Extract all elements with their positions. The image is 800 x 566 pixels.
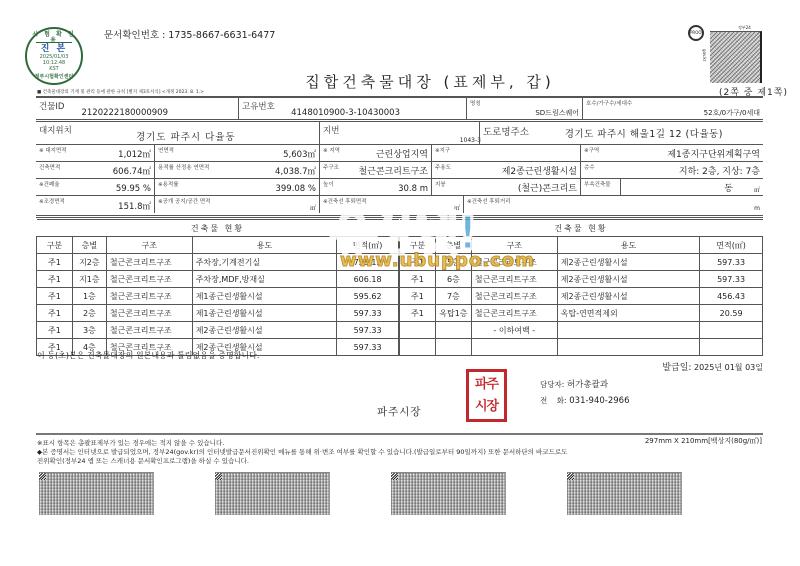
official-seal-icon: 파주시장 xyxy=(466,369,507,422)
category-cell: 주1 xyxy=(37,288,73,305)
manager-value: 허가총괄과 xyxy=(567,380,608,390)
location-row-inner: 대지위치 경기도 파주시 다율동 지번 1043-3 도로명주소 경기도 파주시… xyxy=(36,122,763,144)
total-floor-area-cell: 연면적 5,603㎡ xyxy=(154,145,319,161)
coverage-ratio-label: ※건폐율 xyxy=(39,180,60,188)
floors-cell: 층수 지하: 2층, 지상: 7층 xyxy=(580,162,763,178)
far-floor-area-value: 4,038.7㎡ xyxy=(275,165,316,177)
footnote-2: ◆본 증명서는 인터넷으로 발급되었으며, 정부24(gov.kr)의 인터넷발… xyxy=(37,447,567,456)
contact-info: 담당자: 허가총괄과 전 화: 031-940-2966 xyxy=(540,377,629,409)
unique-no-value: 4148010900-3-10430003 xyxy=(291,108,400,118)
floor-cell: 지1층 xyxy=(72,271,106,288)
column-header: 구분 xyxy=(37,237,73,254)
far-floor-area-label: 용적률 산정용 연면적 xyxy=(158,163,209,171)
column-header: 용도 xyxy=(192,237,336,254)
area-type-value: 제1종지구단위계획구역 xyxy=(667,147,760,160)
zone-label: ※ 지역 xyxy=(323,146,340,154)
issue-date-label: 발급일: xyxy=(662,363,691,373)
area-cell: 597.33 xyxy=(337,339,399,356)
road-address-label: 도로명주소 xyxy=(483,124,529,138)
floor-cell: 지2층 xyxy=(72,254,106,271)
area-cell: 20.59 xyxy=(700,305,763,322)
verification-barcode-1[interactable] xyxy=(39,472,154,515)
landscape-area-label: ※조경면적 xyxy=(39,197,65,205)
area-cell: 606.18 xyxy=(337,271,399,288)
issuer: 파주시장 xyxy=(377,404,422,419)
structure-cell xyxy=(471,339,557,356)
floor-cell: 6층 xyxy=(435,271,471,288)
verification-barcode-2[interactable] xyxy=(215,472,330,515)
floor-cell: 옥탑1층 xyxy=(435,305,471,322)
main-use-cell: 주용도 제2종근린생활시설 xyxy=(431,162,580,178)
floors-value: 지하: 2층, 지상: 7층 xyxy=(679,164,760,177)
lot-no-cell: 지번 1043-3 xyxy=(319,122,479,144)
category-cell: 주1 xyxy=(37,271,73,288)
site-location-value-cell: 경기도 파주시 다율동 xyxy=(106,122,306,144)
issue-date-value: 2025년 01월 03일 xyxy=(694,363,763,372)
table-row xyxy=(400,339,763,356)
building-area-cell: 건축면적 606.74㎡ xyxy=(36,162,154,178)
table-row: 주16층철근콘크리트구조제2종근린생활시설597.33 xyxy=(400,271,763,288)
site-location-label: 대지위치 xyxy=(39,124,72,136)
public-space-cell: ※공개 공지/공간 면적 ㎡ xyxy=(154,196,319,213)
far-floor-area-cell: 용적률 산정용 연면적 4,038.7㎡ xyxy=(154,162,319,178)
area-cell: 597.33 xyxy=(337,322,399,339)
main-structure-value: 철근콘크리트구조 xyxy=(358,164,428,177)
stamp-label: 진 본 xyxy=(36,44,72,54)
floors-label: 층수 xyxy=(584,163,595,171)
use-cell: 제2종근린생활시설 xyxy=(557,271,699,288)
site-area-value: 1,012㎡ xyxy=(118,148,151,160)
floor-cell xyxy=(435,322,471,339)
zone-cell: ※ 지역 근린상업지역 xyxy=(319,145,431,161)
structure-cell: 철근콘크리트구조 xyxy=(106,254,192,271)
floor-cell: 1층 xyxy=(72,288,106,305)
floor-cell: 3층 xyxy=(72,322,106,339)
footnote-1: ※표시 항목은 총괄표제부가 있는 경우에는 적지 않을 수 있습니다. xyxy=(37,438,224,447)
structure-cell: 철근콘크리트구조 xyxy=(106,322,192,339)
use-cell: 제1종근린생활시설 xyxy=(192,288,336,305)
building-id-value: 2120222180000909 xyxy=(81,108,168,118)
category-cell: 주1 xyxy=(400,271,436,288)
main-use-label: 주용도 xyxy=(435,163,451,171)
floor-area-ratio-cell: ※용적률 399.08 % xyxy=(154,179,319,195)
units-label: 호수/가구수/세대수 xyxy=(586,99,632,107)
coverage-ratio-cell: ※건폐율 59.95 % xyxy=(36,179,154,195)
structure-cell: - 이하여백 - xyxy=(471,322,557,339)
floor-area-ratio-value: 399.08 % xyxy=(275,184,316,194)
phone-label: 전 화: xyxy=(540,396,567,405)
floor-cell: 2층 xyxy=(72,305,106,322)
table-row: 주17층철근콘크리트구조제2종근린생활시설456.43 xyxy=(400,288,763,305)
lot-no-label: 지번 xyxy=(323,124,339,136)
table-row: 주1지1층철근콘크리트구조주차장,MDF,방재실606.18 xyxy=(37,271,399,288)
column-header: 층별 xyxy=(72,237,106,254)
total-floor-area-value: 5,603㎡ xyxy=(283,148,316,160)
area-cell: 456.43 xyxy=(700,288,763,305)
category-cell xyxy=(400,339,436,356)
annex-unit: ㎡ xyxy=(754,185,760,194)
floor-cell: 7층 xyxy=(435,288,471,305)
public-space-label: ※공개 공지/공간 면적 xyxy=(158,197,210,205)
area-cell xyxy=(700,322,763,339)
zone-value: 근린상업지역 xyxy=(376,147,428,160)
use-cell: 주차장,기계전기실 xyxy=(192,254,336,271)
building-area-value: 606.74㎡ xyxy=(113,165,151,177)
name-cell: 명칭 SD드림스퀘어 xyxy=(466,98,582,119)
table-row: 주11층철근콘크리트구조제1종근린생활시설595.62 xyxy=(37,288,399,305)
area-type-label: ※구역 xyxy=(584,146,599,154)
name-value: SD드림스퀘어 xyxy=(535,108,579,118)
floor-cell xyxy=(435,339,471,356)
issue-date: 발급일: 2025년 01월 03일 xyxy=(662,360,763,373)
column-header: 용도 xyxy=(557,237,699,254)
category-cell: 주1 xyxy=(37,322,73,339)
column-header: 면적(㎡) xyxy=(700,237,763,254)
public-space-unit: ㎡ xyxy=(310,203,316,212)
category-cell: 주1 xyxy=(37,254,73,271)
building-id-label: 건물ID xyxy=(39,100,64,112)
coverage-ratio-value: 59.95 % xyxy=(116,184,151,194)
lot-no-value: 1043-3 xyxy=(460,137,481,144)
units-value: 52호/0가구/0세대 xyxy=(704,108,760,118)
phone-value: 031-940-2966 xyxy=(569,396,629,406)
unique-no-cell: 고유번호 4148010900-3-10430003 xyxy=(238,98,466,119)
category-cell: 주1 xyxy=(400,288,436,305)
floor-area-ratio-label: ※용적률 xyxy=(158,180,179,188)
roof-label: 지붕 xyxy=(435,180,446,188)
area-cell: 597.33 xyxy=(700,271,763,288)
proof-badge-icon: PROOF xyxy=(688,25,704,41)
table-row: - 이하여백 - xyxy=(400,322,763,339)
units-cell: 호수/가구수/세대수 52호/0가구/0세대 xyxy=(582,98,763,119)
roof-value: (철근)콘크리트 xyxy=(518,181,577,194)
area-cell: 595.62 xyxy=(337,288,399,305)
use-cell: 제1종근린생활시설 xyxy=(192,305,336,322)
area-cell xyxy=(700,339,763,356)
landscape-area-value: 151.8㎡ xyxy=(118,200,151,212)
use-cell: 제2종근린생활시설 xyxy=(557,288,699,305)
regulation-note: ■ 건축물대장의 기재 및 관리 등에 관한 규칙 [별지 제3호서식] <개정… xyxy=(37,89,204,95)
setback-distance-cell: ※건축선 후퇴거리 m xyxy=(463,196,763,213)
use-cell: 옥탑-연면적제외 xyxy=(557,305,699,322)
annex-value: 동 xyxy=(724,181,733,194)
structure-cell: 철근콘크리트구조 xyxy=(106,288,192,305)
footnote-3: 진위확인(정부24 앱 또는 스캐너용 문서확인프로그램)을 하실 수 있습니다… xyxy=(37,456,249,465)
category-cell: 주1 xyxy=(400,305,436,322)
annex-label-cell: 부속건축물 xyxy=(580,179,620,195)
field-row-2: 건축면적 606.74㎡ 용적률 산정용 연면적 4,038.7㎡ 주구조 철근… xyxy=(36,162,763,179)
unique-no-label: 고유번호 xyxy=(242,100,275,112)
table-row: 주1옥탑1층철근콘크리트구조옥탑-연면적제외20.59 xyxy=(400,305,763,322)
use-cell xyxy=(557,322,699,339)
landscape-area-cell: ※조경면적 151.8㎡ xyxy=(36,196,154,213)
qr-side-label: gov.kr xyxy=(702,49,707,61)
divider xyxy=(36,433,763,435)
column-header: 구조 xyxy=(106,237,192,254)
district-cell: ※지구 xyxy=(431,145,580,161)
field-row-1: ※ 대지면적 1,012㎡ 연면적 5,603㎡ ※ 지역 근린상업지역 ※지구… xyxy=(36,145,763,162)
certification-statement: 이 등(초)본은 건축물대장의 원본내용과 틀림없음을 증명합니다. xyxy=(37,350,259,361)
area-cell: 597.33 xyxy=(337,305,399,322)
category-cell xyxy=(400,322,436,339)
location-row: 대지위치 경기도 파주시 다율동 지번 1043-3 도로명주소 경기도 파주시… xyxy=(36,122,763,144)
area-type-cell: ※구역 제1종지구단위계획구역 xyxy=(580,145,763,161)
structure-cell: 철근콘크리트구조 xyxy=(471,288,557,305)
structure-cell: 철근콘크리트구조 xyxy=(471,305,557,322)
height-cell: 높이 30.8 m xyxy=(319,179,431,195)
total-floor-area-label: 연면적 xyxy=(158,146,174,154)
table-row: 주12층철근콘크리트구조제1종근린생활시설597.33 xyxy=(37,305,399,322)
manager-label: 담당자: xyxy=(540,380,564,389)
setback-distance-unit: m xyxy=(754,205,760,212)
annex-label: 부속건축물 xyxy=(584,180,611,188)
structure-cell: 철근콘크리트구조 xyxy=(106,305,192,322)
district-label: ※지구 xyxy=(435,146,450,154)
header-row-1: 건물ID 2120222180000909 고유번호 4148010900-3-… xyxy=(36,98,763,119)
site-area-cell: ※ 대지면적 1,012㎡ xyxy=(36,145,154,161)
building-id-cell: 건물ID 2120222180000909 xyxy=(36,98,238,119)
roof-cell: 지붕 (철근)콘크리트 xyxy=(431,179,580,195)
annex-value-cell: 동 ㎡ xyxy=(620,179,763,195)
road-address-value: 경기도 파주시 해울1길 12 (다율동) xyxy=(565,126,723,140)
main-structure-label: 주구조 xyxy=(323,163,339,171)
height-label: 높이 xyxy=(323,180,334,188)
site-area-label: ※ 대지면적 xyxy=(39,146,67,154)
main-structure-cell: 주구조 철근콘크리트구조 xyxy=(319,162,431,178)
use-cell: 제2종근린생활시설 xyxy=(192,322,336,339)
road-address-cell: 도로명주소 경기도 파주시 해울1길 12 (다율동) xyxy=(479,122,763,144)
table-row: 주13층철근콘크리트구조제2종근린생활시설597.33 xyxy=(37,322,399,339)
main-use-value: 제2종근린생활시설 xyxy=(502,164,577,177)
structure-cell: 철근콘크리트구조 xyxy=(471,271,557,288)
field-row-3: ※건폐율 59.95 % ※용적률 399.08 % 높이 30.8 m 지붕 … xyxy=(36,179,763,196)
watermark-url: www.ubuppo.com xyxy=(340,250,535,271)
use-cell: 제2종근린생활시설 xyxy=(557,254,699,271)
site-location-value: 경기도 파주시 다율동 xyxy=(136,129,236,143)
document-check-number: 문서확인번호 : 1735-8667-6631-6477 xyxy=(104,27,275,41)
paper-spec: 297mm X 210mm[백상지(80g/㎡)] xyxy=(645,436,762,446)
building-area-label: 건축면적 xyxy=(39,163,60,171)
area-cell: 597.33 xyxy=(700,254,763,271)
structure-cell: 철근콘크리트구조 xyxy=(106,271,192,288)
verification-barcode-4[interactable] xyxy=(567,472,682,515)
verification-barcode-3[interactable] xyxy=(391,472,506,515)
name-label: 명칭 xyxy=(470,99,481,107)
use-cell xyxy=(557,339,699,356)
use-cell: 주차장,MDF,방재실 xyxy=(192,271,336,288)
height-value: 30.8 m xyxy=(398,184,428,194)
category-cell: 주1 xyxy=(37,305,73,322)
